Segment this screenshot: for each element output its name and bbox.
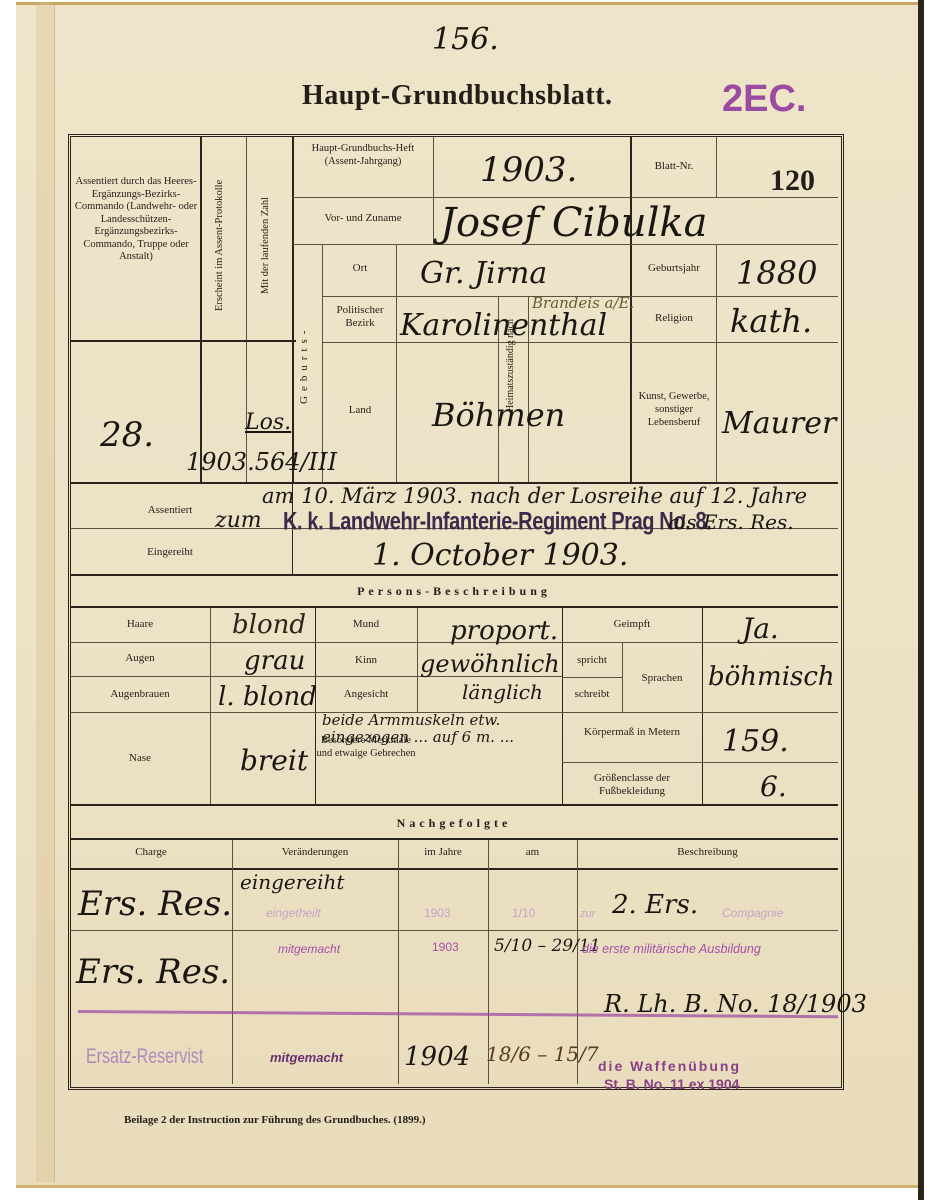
angesicht-label: Angesicht (316, 688, 416, 700)
kinn-value: gewöhnlich (420, 650, 560, 678)
koerpermass-label: Körpermaß in Metern (562, 726, 702, 739)
paper-fold (36, 2, 55, 1182)
row3-jahr: 1904 (404, 1042, 470, 1072)
row3-beschreibung: die Waffenübung (598, 1058, 741, 1074)
row1-beschreibung-suffix: Compagnie (722, 906, 783, 920)
row3-am: 18/6 – 15/7 (486, 1042, 599, 1066)
row2-veraenderung: mitgemacht (278, 942, 340, 956)
heft-label: Haupt-Grundbuchs-Heft (Assent-Jahrgang) (294, 142, 432, 168)
fuss-label: Größenclasse der Fußbekleidung (562, 772, 702, 798)
ort-value: Gr. Jirna (420, 256, 547, 291)
heimat-value: Brandeis a/E. (532, 294, 634, 312)
row3-veraenderung: mitgemacht (270, 1050, 343, 1065)
geimpft-label: Geimpft (562, 618, 702, 630)
eingereiht-value: 1. October 1903. (372, 538, 628, 573)
stamp-code: 2EC. (722, 78, 806, 121)
nase-value: breit (240, 744, 308, 777)
footer-note: Beilage 2 der Instruction zur Führung de… (124, 1114, 426, 1126)
regiment-stamp: K. k. Landwehr-Infanterie-Regiment Prag … (283, 508, 711, 537)
fuss-value: 6. (760, 770, 787, 803)
schreibt-label: schreibt (562, 688, 622, 700)
angesicht-value: länglich (462, 680, 543, 704)
assentiert-value: am 10. März 1903. nach der Losreihe auf … (262, 484, 807, 508)
laufende-zahl-label: Mit der laufenden Zahl (260, 160, 271, 330)
name-label: Vor- und Zuname (294, 212, 432, 224)
augenbrauen-value: l. blond (218, 682, 317, 712)
religion-label: Religion (632, 312, 716, 324)
row1-veraenderung-printed: eingetheilt (266, 906, 321, 920)
mund-label: Mund (316, 618, 416, 630)
geburtsjahr-label: Geburtsjahr (632, 262, 716, 274)
folio-number: 156. (432, 22, 499, 57)
assentiert-durch-label: Assentiert durch das Heeres-Ergänzungs-B… (74, 176, 198, 264)
augenbrauen-label: Augenbrauen (70, 688, 210, 700)
col-am: am (488, 846, 577, 858)
heft-value: 1903. (480, 150, 577, 190)
beruf-label: Kunst, Gewerbe, sonstiger Lebensberuf (632, 390, 716, 429)
scan-edge (918, 0, 924, 1200)
geburts-group-label: Geburts- (298, 290, 310, 440)
erscheint-label: Erscheint im Assent-Protokolle (214, 160, 225, 330)
bezirk-label: Politischer Bezirk (324, 304, 396, 330)
augen-value: grau (244, 646, 305, 676)
spricht-label: spricht (562, 654, 622, 666)
service-section-title: Nachgefolgte (70, 816, 838, 831)
koerpermass-value: 159. (722, 724, 789, 759)
merkmale-value: beide Armmuskeln etw. eingezogen ... auf… (322, 712, 562, 746)
land-value: Böhmen (432, 396, 565, 434)
eingereiht-label: Eingereiht (70, 546, 270, 558)
col-veraenderungen: Veränderungen (232, 846, 398, 858)
regiment-suffix: als Ers. Res. (668, 510, 794, 534)
sprachen-label: Sprachen (622, 672, 702, 684)
erscheint-value: Los. (245, 410, 291, 435)
ort-label: Ort (324, 262, 396, 274)
geburtsjahr-value: 1880 (736, 254, 817, 292)
blatt-label: Blatt-Nr. (632, 160, 716, 172)
col-beschreibung: Beschreibung (577, 846, 838, 858)
mund-value: proport. (450, 616, 558, 646)
kinn-label: Kinn (316, 654, 416, 666)
row3-beschreibung-note: St. B. No. 11 ex 1904 (604, 1076, 739, 1092)
laufende-zahl-value: 1903.564/III (186, 448, 337, 476)
nase-label: Nase (70, 752, 210, 764)
religion-value: kath. (730, 302, 812, 340)
row1-jahr: 1903 (424, 906, 451, 920)
bezirk-value: Karolinenthal (400, 308, 607, 343)
row1-charge: Ers. Res. (78, 884, 232, 924)
beruf-value: Maurer (722, 406, 836, 441)
haare-label: Haare (70, 618, 210, 630)
name-value: Josef Cibulka (440, 200, 707, 246)
persons-section-title: Persons-Beschreibung (70, 584, 838, 599)
blatt-value: 120 (770, 164, 815, 198)
assentiert-durch-value: 28. (100, 415, 154, 455)
row1-am: 1/10 (512, 906, 535, 920)
page-title: Haupt-Grundbuchsblatt. (302, 80, 613, 112)
row1-veraenderung: eingereiht (240, 870, 344, 894)
row1-beschreibung-prefix: zur (580, 908, 595, 920)
row1-beschreibung: 2. Ers. (612, 890, 698, 920)
land-label: Land (324, 404, 396, 416)
col-charge: Charge (70, 846, 232, 858)
sprachen-value: böhmisch (708, 662, 835, 692)
haare-value: blond (232, 610, 306, 640)
row3-charge-stamp: Ersatz-Reservist (86, 1046, 203, 1069)
row2-charge: Ers. Res. (76, 952, 230, 992)
row2-beschreibung: die erste militärische Ausbildung (582, 942, 761, 956)
zum-value: zum (215, 508, 262, 533)
geimpft-value: Ja. (742, 612, 779, 645)
col-jahr: im Jahre (398, 846, 488, 858)
augen-label: Augen (70, 652, 210, 664)
row2-jahr: 1903 (432, 940, 459, 954)
